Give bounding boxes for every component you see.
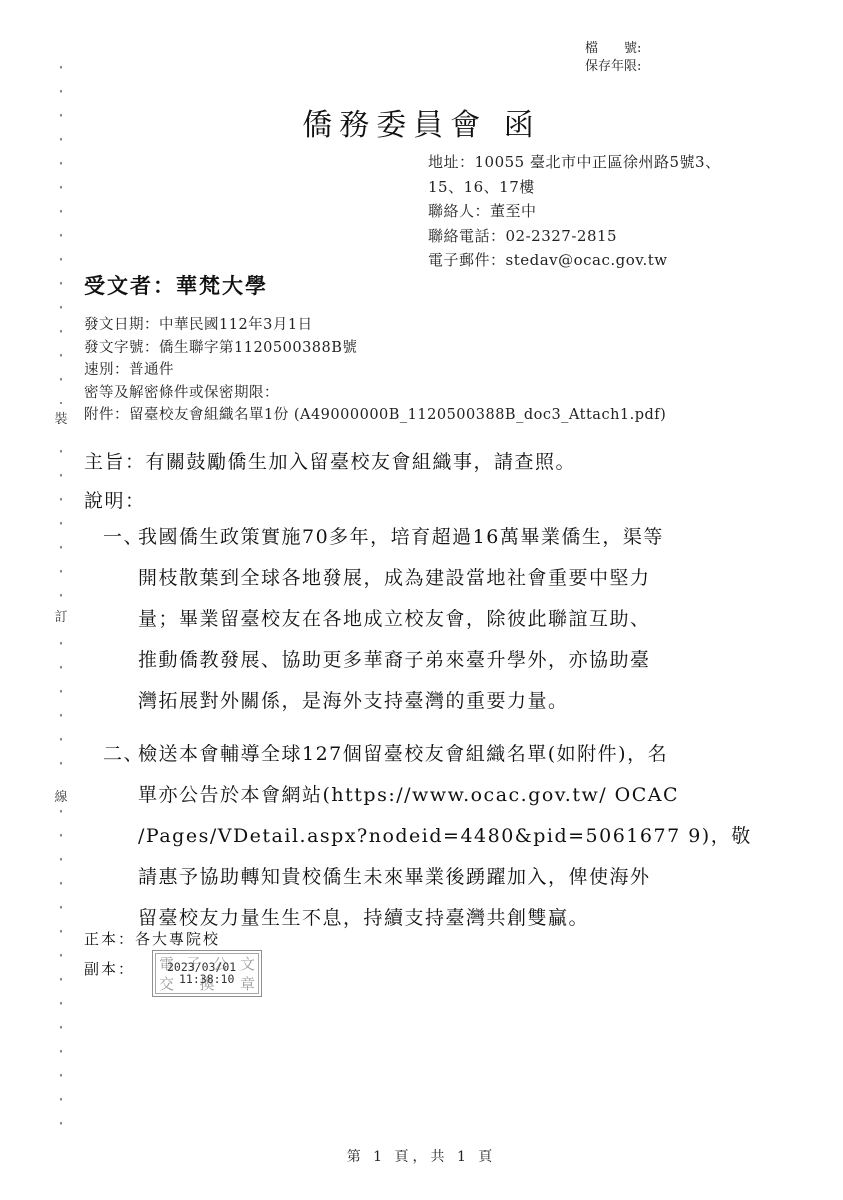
- official-letter-page: 裝 訂 線 檔 號: 保存年限: 僑務委員會 函 地址：10055 臺北市中正區…: [0, 0, 843, 1200]
- item-number: 二、: [103, 734, 138, 939]
- address-line-1: 地址：10055 臺北市中正區徐州路5號3、: [428, 150, 721, 175]
- body-line: 我國僑生政策實施70多年，培育超過16萬畢業僑生，渠等: [138, 517, 763, 558]
- retention-period-label: 保存年限:: [585, 58, 641, 76]
- recipient-line: 受文者：華梵大學: [84, 270, 268, 300]
- e-document-exchange-stamp: 電 子 公 文 交 換 章 2023/03/01 11:38:10: [152, 950, 262, 997]
- address-line-2: 15、16、17樓: [428, 175, 721, 200]
- item-text: 我國僑生政策實施70多年，培育超過16萬畢業僑生，渠等 開枝散葉到全球各地發展，…: [138, 517, 763, 722]
- body-item-1: 一、 我國僑生政策實施70多年，培育超過16萬畢業僑生，渠等 開枝散葉到全球各地…: [103, 517, 763, 722]
- contact-email: 電子郵件：stedav@ocac.gov.tw: [428, 248, 721, 273]
- contact-block: 地址：10055 臺北市中正區徐州路5號3、 15、16、17樓 聯絡人：董至中…: [428, 150, 721, 273]
- item-number: 一、: [103, 517, 138, 722]
- binding-mark-zhuang: 裝: [52, 404, 70, 431]
- body-line: 單亦公告於本會網站(https://www.ocac.gov.tw/ OCAC: [138, 775, 763, 816]
- body-item-2: 二、 檢送本會輔導全球127個留臺校友會組織名單(如附件)，名 單亦公告於本會網…: [103, 734, 763, 939]
- contact-phone: 聯絡電話：02-2327-2815: [428, 224, 721, 249]
- subject-line: 主旨：有關鼓勵僑生加入留臺校友會組織事，請查照。: [84, 447, 576, 474]
- meta-block: 發文日期：中華民國112年3月1日 發文字號：僑生聯字第1120500388B號…: [84, 314, 666, 427]
- security-line: 密等及解密條件或保密期限：: [84, 382, 666, 405]
- body-line: 請惠予協助轉知貴校僑生未來畢業後踴躍加入，俾使海外: [138, 857, 763, 898]
- body-line: 開枝散葉到全球各地發展，成為建設當地社會重要中堅力: [138, 558, 763, 599]
- body-line: 留臺校友力量生生不息，持續支持臺灣共創雙贏。: [138, 898, 763, 939]
- body-items: 一、 我國僑生政策實施70多年，培育超過16萬畢業僑生，渠等 開枝散葉到全球各地…: [103, 517, 763, 939]
- body-line: 量；畢業留臺校友在各地成立校友會，除彼此聯誼互助、: [138, 599, 763, 640]
- doc-number-line: 發文字號：僑生聯字第1120500388B號: [84, 337, 666, 360]
- speed-line: 速別：普通件: [84, 359, 666, 382]
- file-number-label: 檔 號:: [585, 40, 641, 58]
- issue-date-line: 發文日期：中華民國112年3月1日: [84, 314, 666, 337]
- body-line: /Pages/VDetail.aspx?nodeid=4480&pid=5061…: [138, 816, 763, 857]
- item-text: 檢送本會輔導全球127個留臺校友會組織名單(如附件)，名 單亦公告於本會網站(h…: [138, 734, 763, 939]
- stamp-char: 文: [240, 953, 255, 974]
- file-number-block: 檔 號: 保存年限:: [585, 40, 641, 76]
- contact-person: 聯絡人：董至中: [428, 199, 721, 224]
- explanation-label: 說明：: [84, 486, 146, 513]
- stamp-time: 11:38:10: [179, 972, 234, 986]
- body-line: 灣拓展對外關係，是海外支持臺灣的重要力量。: [138, 681, 763, 722]
- carbon-copy-label: 副本：: [84, 958, 135, 979]
- stamp-char: 交: [159, 973, 174, 994]
- body-line: 檢送本會輔導全球127個留臺校友會組織名單(如附件)，名: [138, 734, 763, 775]
- document-title: 僑務委員會 函: [0, 100, 843, 144]
- binding-mark-xian: 線: [52, 782, 70, 809]
- stamp-char: 章: [240, 973, 255, 994]
- page-number-footer: 第 1 頁，共 1 頁: [0, 1146, 843, 1166]
- binding-mark-ding: 訂: [52, 602, 70, 629]
- body-line: 推動僑教發展、協助更多華裔子弟來臺升學外，亦協助臺: [138, 640, 763, 681]
- attachment-line: 附件：留臺校友會組織名單1份 (A49000000B_1120500388B_d…: [84, 404, 666, 427]
- original-copy-line: 正本：各大專院校: [84, 928, 220, 949]
